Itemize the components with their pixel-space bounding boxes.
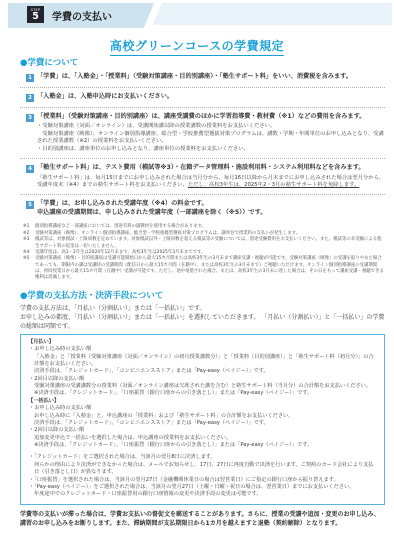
section-heading-payment: ●学費の支払方法・決済手段について [20, 289, 385, 301]
item-head: 「授業料」（受験対策講座・目的別講座）は、講座受講費のほかに学習指導費・教材費（… [37, 113, 385, 122]
item-head-line2: 申込講座の受講期間は、申し込みされた受講年度（一部講座を除く（※5））です。 [37, 209, 385, 218]
divider [20, 194, 385, 195]
fee-item-3: 3 「授業料」（受験対策講座・目的別講座）は、講座受講費のほかに学習指導費・教材… [20, 111, 385, 155]
payment-intro-line2: お申し込みの都度、「月払い（分割払い）」または「一括払い」を選択していただきます… [20, 313, 385, 331]
footnote-text: 受験対策講座（映像）・目的別講座は受講可能開始日から最大15カ月間または高校3年… [35, 256, 385, 282]
document-page: STEP 5 学費の支払い 高校グリーンコースの学費規定 ●学費について 1 「… [0, 0, 394, 557]
item-details: ・受験対策講座（対面／オンライン）は、受講開始講以降の授業講数の授業料をお支払い… [37, 123, 385, 153]
section-heading-fees: ●学費について [20, 56, 385, 68]
page-title: 高校グリーンコースの学費規定 [110, 37, 284, 56]
lump-line: 追加変更申込で一括払いを選択した場合は、申込講座の授業料をお支払いください。 [28, 435, 377, 442]
fee-item-4: 4 「塾生サポート料」は、テスト費用（模試等※3）・在籍データ管理料・施設利用料… [20, 162, 385, 191]
settlement-note: ・「クレジットカード」をご選択された場合は、当該月の翌月8日に決済します。 [28, 454, 377, 461]
content-area: ●学費について 1 「学費」は、「入塾金」・「授業料」（受験対策講座・目的別講座… [20, 56, 385, 528]
item-number-badge: 5 [26, 201, 34, 209]
footnote: ※3 模試等は、対象模試・上限回数を定めています。対象模試以外・上限回数を超える… [23, 237, 385, 250]
item-head: 「塾生サポート料」は、テスト費用（模試等※3）・在籍データ管理料・施設利用料・シ… [37, 164, 385, 173]
header-title: 学費の支払い [52, 8, 112, 23]
overdue-warning: 学費等の支払いが滞った場合は、学費お支払いの督促文を郵送することがあります。さら… [20, 510, 385, 529]
monthly-line: ※決済手段は、「クレジットカード」、「口座振替（銀行口座からの引き落とし）」また… [28, 390, 377, 397]
lump-line: ※決済手段は、「クレジットカード」、「口座振替（銀行口座からの引き落とし）」また… [28, 442, 377, 449]
step-badge: STEP 5 [27, 6, 44, 23]
detail-line: ・目的別講座は、講座単位のお申し込みとなり、講座単位の授業料をお支払いください。 [37, 146, 385, 153]
footnote-mark: ※3 [23, 237, 33, 250]
payment-intro-line1: 学費の支払方法は、「月払い（分割払い）」または「一括払い」です。 [20, 304, 385, 313]
lump-line: ・2回目以降の支払い額 [28, 427, 377, 434]
item-number-badge: 2 [26, 94, 34, 102]
footnote-text: 模試等は、対象模試・上限回数を定めています。対象模試以外・上限回数を超える模試等… [35, 237, 385, 250]
monthly-line: ・お申し込み時の支払い額 [28, 346, 377, 353]
fee-item-2: 2 「入塾金」は、入塾申込時にお支払いください。 [20, 91, 385, 104]
item-head: 「学費」は、「入塾金」・「授業料」（受験対策講座・目的別講座）・「塾生サポート料… [37, 73, 385, 82]
item-number-badge: 3 [26, 114, 34, 122]
detail-underlined: ただし、高校3年生は、2025年2・3月の塾生サポート料を免除します。 [188, 182, 359, 188]
step-number: 5 [27, 12, 44, 22]
divider [20, 158, 385, 159]
item-number-badge: 4 [26, 165, 34, 173]
footnotes: ※1 個別指導講座など一部講座においては、別途有料の副教材を使用する場合がありま… [23, 224, 385, 281]
divider [20, 107, 385, 108]
item-details: 「塾生サポート料」は、毎月15日までにお申し込みされた場合は当月分から、毎月16… [37, 175, 385, 190]
payment-methods-box: 【月払い】 ・お申し込み時の支払い額 「入塾金」と「授業料（受験対策講座（対面／… [20, 334, 385, 505]
monthly-line: ・2回目以降の支払い額 [28, 376, 377, 383]
fee-item-5: 5 「学費」は、お申し込みされた受講年度（※4）の料金です。 申込講座の受講期間… [20, 198, 385, 220]
detail-line: 受験対策講座（映像）、オンライン個別指導講座、総合型・学校推薦型選抜対策プログラ… [37, 131, 385, 146]
lump-line: ・お申し込み時の支払い額 [28, 405, 377, 412]
detail-line: ・受験対策講座（対面／オンライン）は、受講開始講以降の授業講数の授業料をお支払い… [37, 123, 385, 130]
footnote-mark: ※5 [23, 256, 33, 282]
item-number-badge: 1 [26, 74, 34, 82]
fee-item-1: 1 「学費」は、「入塾金」・「授業料」（受験対策講座・目的別講座）・「塾生サポー… [20, 71, 385, 84]
header-band-right [148, 3, 392, 25]
divider [20, 87, 385, 88]
settlement-note: 何らかの理由により決済ができなかった場合は、メールでお知らせし、17日、27日に… [28, 462, 377, 477]
header-band: STEP 5 学費の支払い [8, 3, 392, 28]
settlement-note: ・「口座振替」を選択された場合は、当該月の翌月27日（金融機関休業日の場合は翌営… [28, 477, 377, 484]
footnote: ※5 受験対策講座（映像）・目的別講座は受講可能開始日から最大15カ月間または高… [23, 256, 385, 282]
item-head: 「入塾金」は、入塾申込時にお支払いください。 [37, 93, 385, 102]
page-title-wrap: 高校グリーンコースの学費規定 [0, 35, 394, 56]
monthly-line: 「入塾金」と「授業料（受験対策講座（対面／オンライン）の初月授業講数分）」と「授… [28, 354, 377, 369]
settlement-note: 年度途中でのクレジットカード・口座振替用の銀行口座情報の変更や決済手段の変更は可… [28, 491, 377, 498]
monthly-line: 決済手段は、「クレジットカード」、「コンビニエンスストア」または「Pay-eas… [28, 368, 377, 375]
lump-line: お申し込み時に「入塾金」と、申込講座の「授業料」および「塾生サポート料」の合計額… [28, 413, 377, 420]
